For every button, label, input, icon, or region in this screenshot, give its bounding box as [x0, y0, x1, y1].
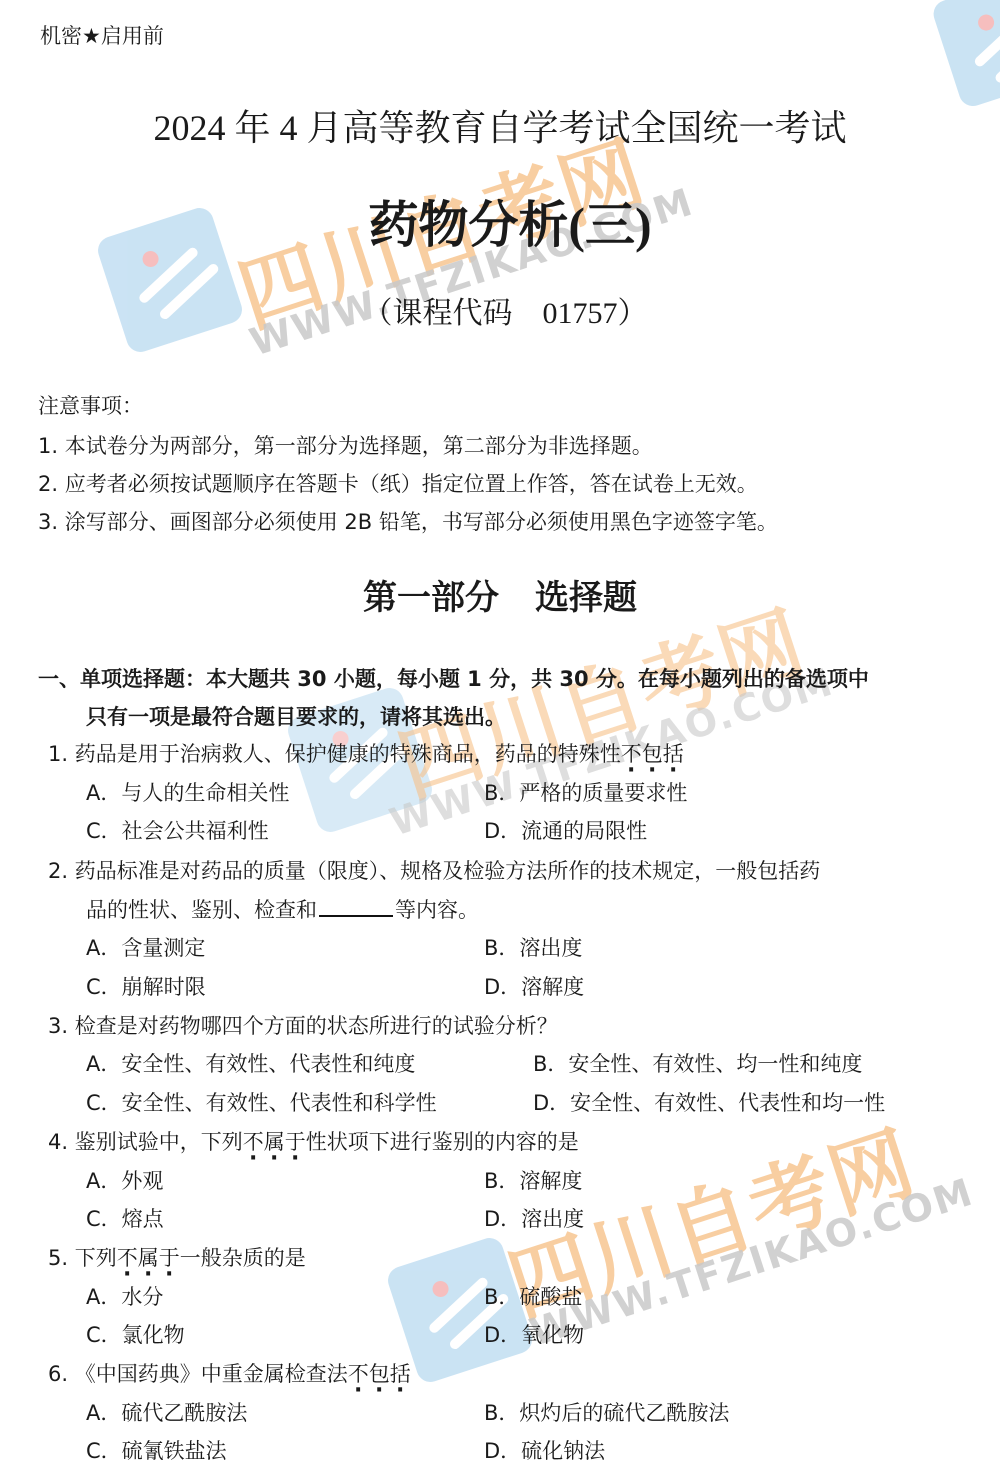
question-1: 1. 药品是用于治病救人、保护健康的特殊商品，药品的特殊性不包括 [48, 738, 684, 768]
note-item: 2. 应考者必须按试题顺序在答题卡（纸）指定位置上作答，答在试卷上无效。 [38, 468, 758, 498]
option-d: D．溶解度 [484, 971, 584, 1001]
question-2-line2: 品的性状、鉴别、检查和等内容。 [86, 894, 479, 924]
note-item: 3. 涂写部分、画图部分必须使用 2B 铅笔，书写部分必须使用黑色字迹签字笔。 [38, 506, 778, 536]
part-name: 选择题 [535, 578, 637, 618]
option-b: B．严格的质量要求性 [484, 777, 687, 807]
part-number: 第一部分 [363, 578, 499, 618]
option-c: C．熔点 [86, 1203, 164, 1233]
option-a: A．含量测定 [86, 932, 205, 962]
question-stem: 《中国药典》中重金属检查法 [75, 1362, 348, 1386]
question-6: 6. 《中国药典》中重金属检查法不包括 [48, 1358, 411, 1388]
option-d: D．硫化钠法 [484, 1435, 605, 1465]
question-stem: 药品标准是对药品的质量（限度）、规格及检验方法所作的技术规定，一般包括药 [75, 859, 821, 883]
question-stem: 鉴别试验中，下列 [75, 1130, 243, 1154]
question-stem: 性状项下进行鉴别的内容的是 [306, 1130, 579, 1154]
option-b: B．硫酸盐 [484, 1281, 582, 1311]
option-b: B．炽灼后的硫代乙酰胺法 [484, 1397, 729, 1427]
emphasis-char: 括 [390, 1362, 411, 1386]
section-intro-line2: 只有一项是最符合题目要求的，请将其选出。 [38, 698, 983, 736]
question-3: 3. 检查是对药物哪四个方面的状态所进行的试验分析？ [48, 1010, 558, 1040]
option-c: C．硫氰铁盐法 [86, 1435, 227, 1465]
question-stem: 一般杂质的是 [180, 1246, 306, 1270]
option-c: C．社会公共福利性 [86, 815, 269, 845]
section-intro: 一、单项选择题：本大题共 30 小题，每小题 1 分，共 30 分。在每小题列出… [38, 660, 983, 736]
course-code: （课程代码 01757） [0, 288, 1000, 332]
part-title: 第一部分选择题 [0, 570, 1000, 619]
question-5: 5. 下列不属于一般杂质的是 [48, 1242, 306, 1272]
option-c: C．氯化物 [86, 1319, 185, 1349]
exam-title: 2024 年 4 月高等教育自学考试全国统一考试 [0, 100, 1000, 151]
question-stem: 药品是用于治病救人、保护健康的特殊商品，药品的特殊性 [75, 742, 621, 766]
option-b: B．溶出度 [484, 932, 582, 962]
question-number: 5. [48, 1246, 68, 1270]
emphasis-char: 不 [348, 1362, 369, 1386]
emphasis-char: 不 [117, 1246, 138, 1270]
option-c: C．崩解时限 [86, 971, 206, 1001]
emphasis-char: 不 [621, 742, 642, 766]
option-a: A．外观 [86, 1165, 163, 1195]
emphasis-char: 包 [642, 742, 663, 766]
emphasis-char: 属 [138, 1246, 159, 1270]
subject-title: 药物分析(三) [0, 185, 1000, 257]
emphasis-char: 包 [369, 1362, 390, 1386]
watermark-logo-icon [930, 0, 1000, 110]
notes-heading: 注意事项： [38, 390, 143, 420]
option-d: D．流通的局限性 [484, 815, 647, 845]
emphasis-char: 不 [243, 1130, 264, 1154]
fill-blank [319, 895, 393, 917]
question-stem: 检查是对药物哪四个方面的状态所进行的试验分析？ [75, 1014, 558, 1038]
confidential-label: 机密★启用前 [40, 20, 164, 50]
option-d: D．氧化物 [484, 1319, 584, 1349]
question-number: 2. [48, 859, 68, 883]
question-number: 1. [48, 742, 68, 766]
option-a: A．安全性、有效性、代表性和纯度 [86, 1048, 415, 1078]
option-a: A．与人的生命相关性 [86, 777, 289, 807]
question-2: 2. 药品标准是对药品的质量（限度）、规格及检验方法所作的技术规定，一般包括药 [48, 855, 820, 885]
question-number: 6. [48, 1362, 68, 1386]
question-stem: 等内容。 [395, 898, 479, 922]
watermark-url: WWW.TFZIKAO.COM [525, 1169, 979, 1354]
option-d: D．安全性、有效性、代表性和均一性 [533, 1087, 885, 1117]
emphasis-char: 括 [663, 742, 684, 766]
question-stem: 下列 [75, 1246, 117, 1270]
emphasis-char: 属 [264, 1130, 285, 1154]
question-4: 4. 鉴别试验中，下列不属于性状项下进行鉴别的内容的是 [48, 1126, 579, 1156]
question-stem: 品的性状、鉴别、检查和 [86, 898, 317, 922]
option-b: B．溶解度 [484, 1165, 582, 1195]
question-number: 3. [48, 1014, 68, 1038]
question-number: 4. [48, 1130, 68, 1154]
option-a: A．硫代乙酰胺法 [86, 1397, 247, 1427]
note-item: 1. 本试卷分为两部分，第一部分为选择题，第二部分为非选择题。 [38, 430, 653, 460]
option-d: D．溶出度 [484, 1203, 584, 1233]
option-b: B．安全性、有效性、均一性和纯度 [533, 1048, 862, 1078]
section-intro-line1: 一、单项选择题：本大题共 30 小题，每小题 1 分，共 30 分。在每小题列出… [38, 667, 869, 691]
option-c: C．安全性、有效性、代表性和科学性 [86, 1087, 437, 1117]
option-a: A．水分 [86, 1281, 163, 1311]
emphasis-char: 于 [285, 1130, 306, 1154]
emphasis-char: 于 [159, 1246, 180, 1270]
